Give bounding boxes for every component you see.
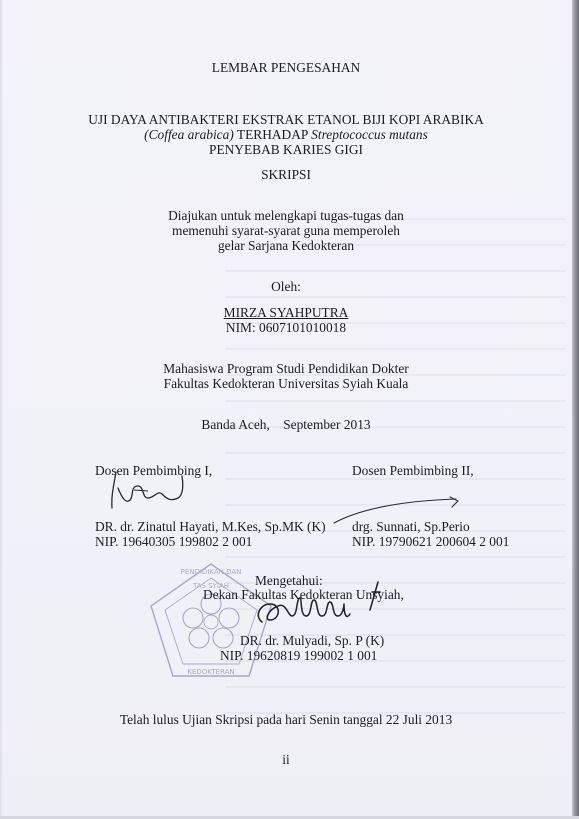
- affiliation-line-1: Mahasiswa Program Studi Pendidikan Dokte…: [0, 361, 572, 376]
- bleed-through-line: [225, 270, 565, 272]
- title-line-2: (Coffea arabica) TERHADAP Streptococcus …: [0, 127, 572, 142]
- document-type: SKRIPSI: [0, 167, 572, 182]
- scan-left-edge: [0, 0, 3, 819]
- bleed-through-line: [225, 296, 565, 298]
- stamp-text-bottom: KEDOKTERAN: [187, 668, 234, 676]
- document-page: LEMBAR PENGESAHAN UJI DAYA ANTIBAKTERI E…: [0, 0, 572, 816]
- title-connector: TERHADAP: [234, 127, 311, 142]
- stamp-text-top: PENDIDIKAN DAN: [181, 568, 242, 576]
- bleed-through-line: [225, 478, 565, 480]
- supervisor-2-nip: NIP. 19790621 200604 2 001: [352, 534, 509, 549]
- supervisor-1-signature: [108, 470, 188, 512]
- supervisor-2-name: drg. Sunnati, Sp.Perio: [352, 519, 470, 534]
- bleed-through-line: [225, 348, 565, 350]
- dean-name: DR. dr. Mulyadi, Sp. P (K): [240, 633, 384, 648]
- bleed-through-line: [225, 556, 565, 558]
- supervisor-2-role: Dosen Pembimbing II,: [352, 463, 474, 478]
- bleed-through-line: [225, 686, 565, 688]
- title-line-1: UJI DAYA ANTIBAKTERI EKSTRAK ETANOL BIJI…: [0, 112, 572, 127]
- title-italic-species-a: (Coffea arabica): [144, 127, 234, 142]
- bleed-through-line: [225, 400, 565, 402]
- place-date: Banda Aceh, September 2013: [0, 417, 572, 432]
- affiliation-line-2: Fakultas Kedokteran Universitas Syiah Ku…: [0, 376, 572, 391]
- purpose-line-2: memenuhi syarat-syarat guna memperoleh: [0, 223, 572, 238]
- dean-nip: NIP. 19620819 199002 1 001: [220, 648, 377, 663]
- page-number: ii: [0, 752, 572, 767]
- author-nim: NIM: 0607101010018: [0, 320, 572, 335]
- supervisor-1-name: DR. dr. Zinatul Hayati, M.Kes, Sp.MK (K): [95, 519, 326, 534]
- exam-note: Telah lulus Ujian Skripsi pada hari Seni…: [0, 712, 572, 727]
- purpose-line-1: Diajukan untuk melengkapi tugas-tugas da…: [0, 208, 572, 223]
- scan-right-edge-shadow: [572, 0, 579, 819]
- title-line-3: PENYEBAB KARIES GIGI: [0, 142, 572, 157]
- by-label: Oleh:: [0, 279, 572, 294]
- purpose-line-3: gelar Sarjana Kedokteran: [0, 238, 572, 253]
- document-heading: LEMBAR PENGESAHAN: [0, 60, 572, 75]
- supervisor-1-nip: NIP. 19640305 199802 2 001: [95, 534, 252, 549]
- bleed-through-line: [225, 452, 565, 454]
- author-name: MIRZA SYAHPUTRA: [0, 305, 572, 320]
- dean-signature: [240, 580, 390, 632]
- title-italic-species-b: Streptococcus mutans: [311, 127, 428, 142]
